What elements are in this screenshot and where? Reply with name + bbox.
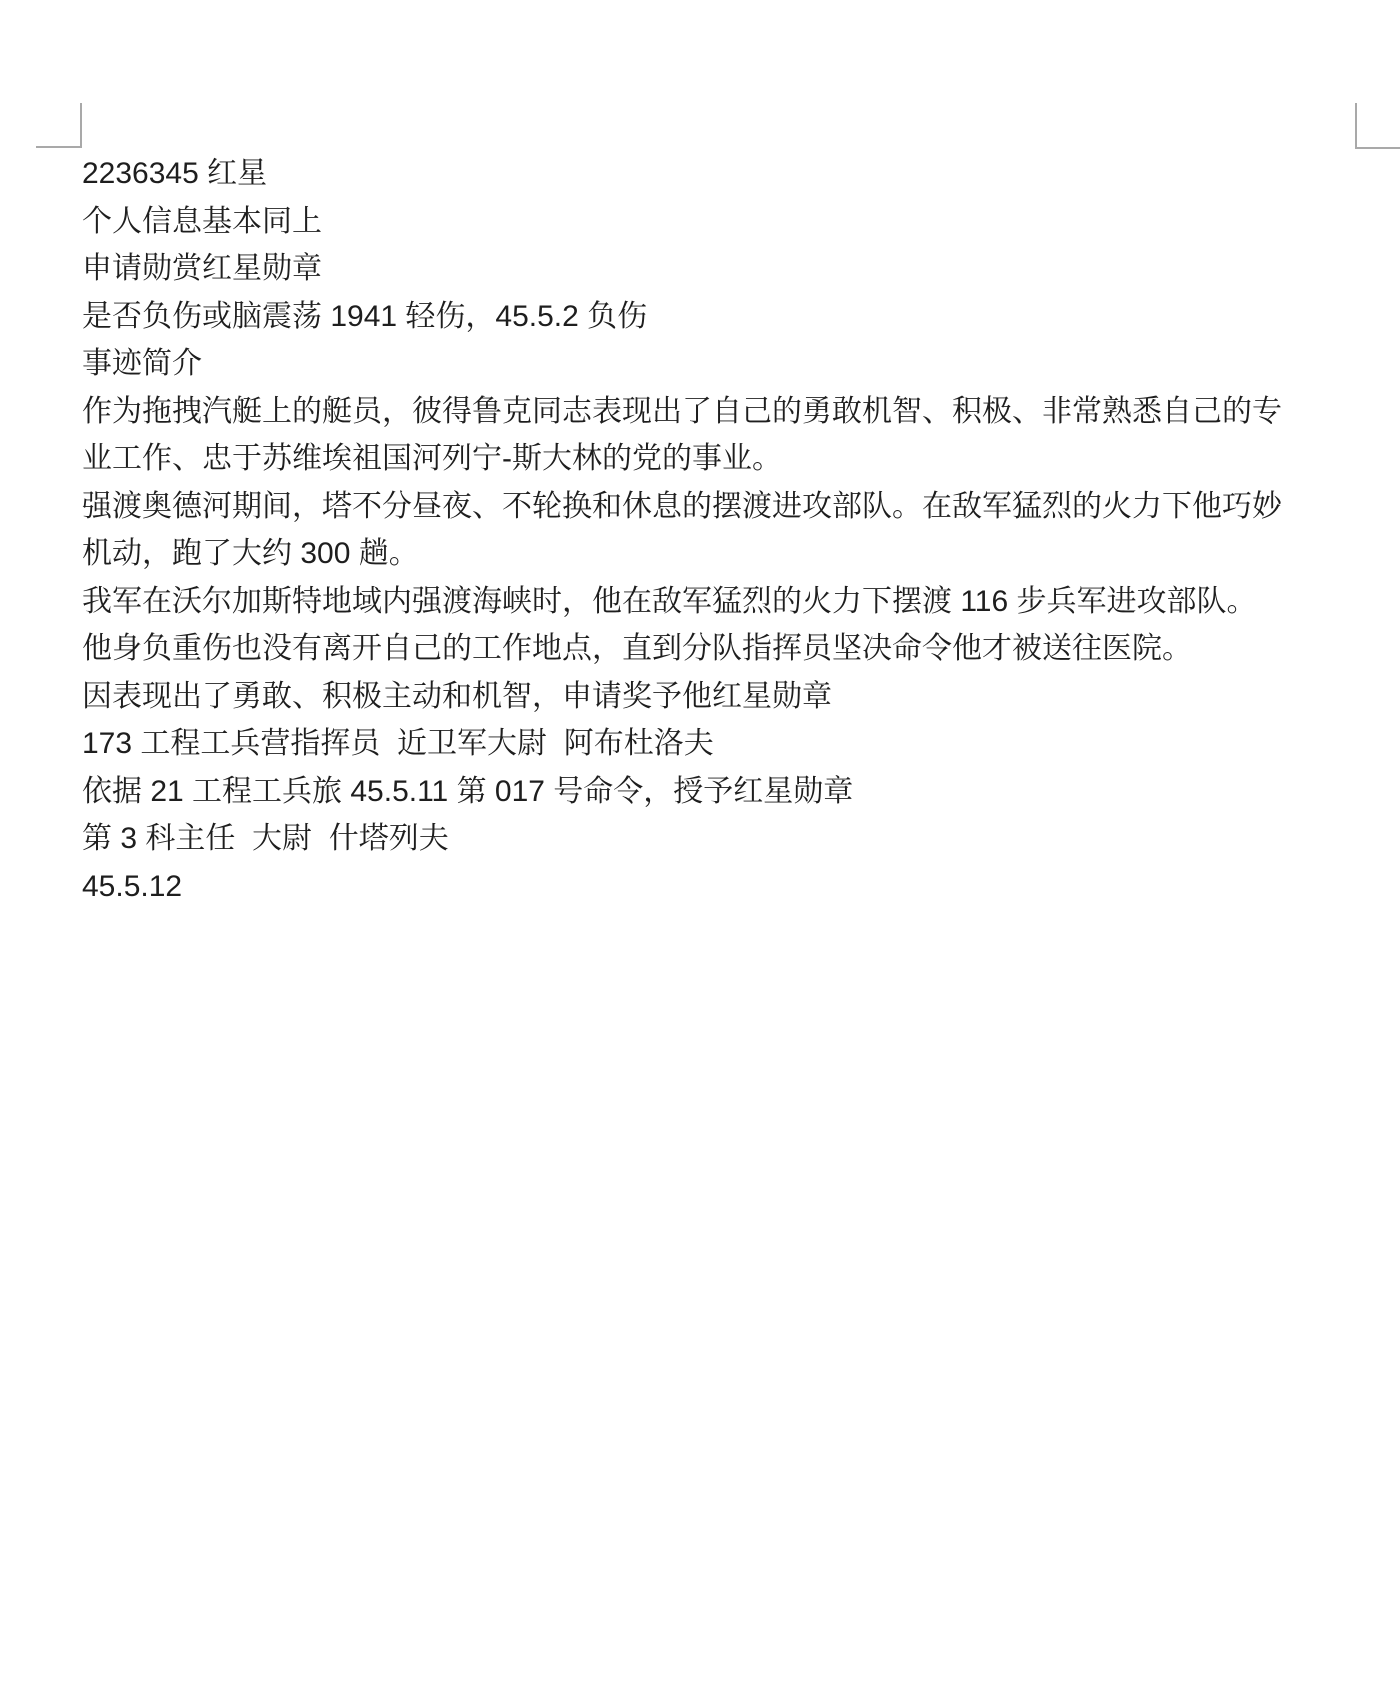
text-line: 我军在沃尔加斯特地域内强渡海峡时，他在敌军猛烈的火力下摆渡 116 步兵军进攻部… <box>82 578 1400 626</box>
text-boundary-corner-top-right <box>1355 103 1400 149</box>
text-line: 申请勋赏红星勋章 <box>82 245 1400 293</box>
text-line: 173 工程工兵营指挥员 近卫军大尉 阿布杜洛夫 <box>82 720 1400 768</box>
text-line: 45.5.12 <box>82 863 1400 911</box>
text-line: 作为拖拽汽艇上的艇员，彼得鲁克同志表现出了自己的勇敢机智、积极、非常熟悉自己的专 <box>82 388 1400 436</box>
text-line: 他身负重伤也没有离开自己的工作地点，直到分队指挥员坚决命令他才被送往医院。 <box>82 625 1400 673</box>
text-line: 强渡奥德河期间，塔不分昼夜、不轮换和休息的摆渡进攻部队。在敌军猛烈的火力下他巧妙 <box>82 483 1400 531</box>
text-line: 业工作、忠于苏维埃祖国河列宁-斯大林的党的事业。 <box>82 435 1400 483</box>
text-line: 因表现出了勇敢、积极主动和机智，申请奖予他红星勋章 <box>82 673 1400 721</box>
text-line: 是否负伤或脑震荡 1941 轻伤，45.5.2 负伤 <box>82 293 1400 341</box>
text-line: 依据 21 工程工兵旅 45.5.11 第 017 号命令，授予红星勋章 <box>82 768 1400 816</box>
document-page: 2236345 红星 个人信息基本同上 申请勋赏红星勋章 是否负伤或脑震荡 19… <box>0 0 1400 1681</box>
text-line: 事迹简介 <box>82 340 1400 388</box>
text-line: 机动，跑了大约 300 趟。 <box>82 530 1400 578</box>
text-boundary-corner-top-left <box>36 103 82 148</box>
document-text-block: 2236345 红星 个人信息基本同上 申请勋赏红星勋章 是否负伤或脑震荡 19… <box>82 150 1400 910</box>
text-line: 个人信息基本同上 <box>82 198 1400 246</box>
text-line: 第 3 科主任 大尉 什塔列夫 <box>82 815 1400 863</box>
text-line: 2236345 红星 <box>82 150 1400 198</box>
